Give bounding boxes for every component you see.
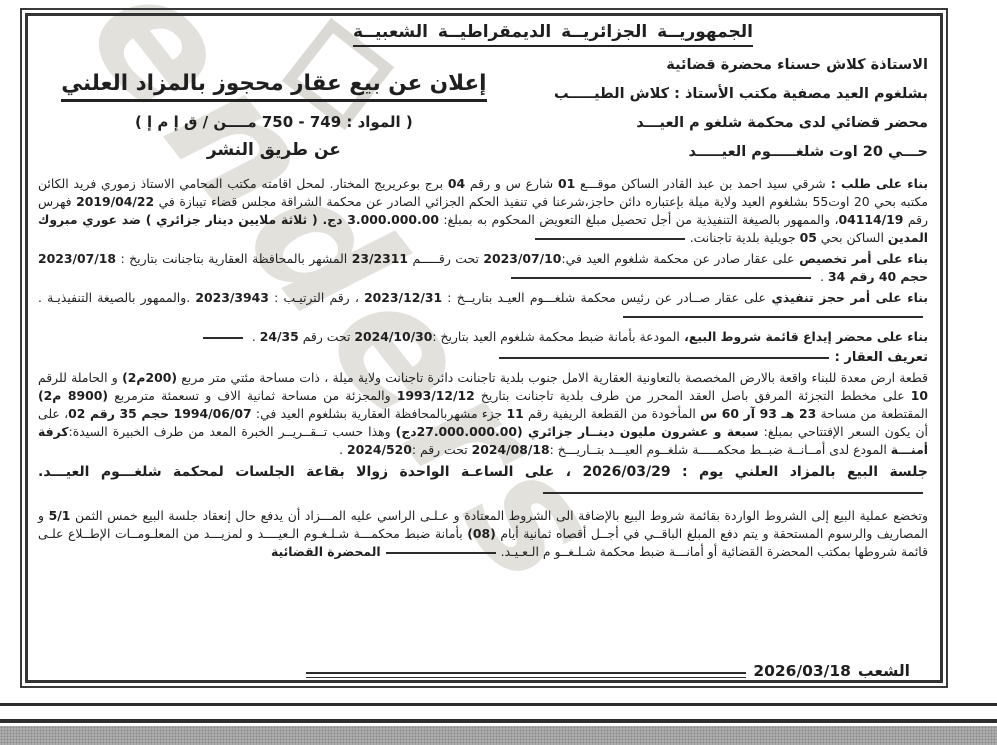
bottom-halftone-band: [0, 726, 997, 745]
sale-conditions: وتخضع عملية البيع إلى الشروط الواردة بقا…: [38, 507, 928, 561]
scanned-auction-notice-page: { "colors": { "ink": "#1f1f1f", "paper":…: [0, 0, 997, 745]
bailiff-signature: المحضرة القضائية: [271, 544, 381, 559]
header-columns: الاستاذة كلاش حسناء محضرة قضائية بشلغوم …: [38, 51, 928, 167]
paragraph-seizure-order: بناء على أمر حجز تنفيذي على عقار صــادر …: [38, 289, 928, 325]
announcement-title-block: إعلان عن بيع عقار محجوز بالمزاد العلني (…: [38, 51, 510, 167]
bailiff-line-4: حـــي 20 اوت شلغـــــوم العيـــــد: [510, 138, 928, 167]
footer-rule: [306, 672, 746, 678]
paragraph-request: بناء على طلب : شرقي سيد احمد بن عبد القا…: [38, 175, 928, 247]
property-definition-label: تعريف العقار :: [835, 349, 928, 367]
articles-reference: ( المواد : 749 - 750 مــــن / ق إ م إ ): [38, 113, 510, 131]
bailiff-line-1: الاستاذة كلاش حسناء محضرة قضائية: [510, 51, 928, 80]
heading-rule: [499, 357, 829, 359]
newspaper-date-row: الشعب 2026/03/18: [42, 662, 910, 680]
bailiff-line-3: محضر قضائي لدى محكمة شلغو م العيـــد: [510, 109, 928, 138]
bottom-separator-lines: [0, 703, 997, 723]
property-definition-heading: تعريف العقار :: [38, 349, 928, 367]
auction-session: جلسة البيع بالمزاد العلني يوم : 2026/03/…: [38, 462, 928, 504]
notice-body: بناء على طلب : شرقي سيد احمد بن عبد القا…: [38, 175, 928, 561]
paragraph-deposit-report: بناء على محضر إيداع قائمة شروط البيع، ال…: [38, 328, 928, 346]
document-frame-inner: الجمهوريــة الجزائريــة الديمقراطيــة ال…: [25, 13, 943, 683]
paragraph-allocation-order: بناء على أمر تخصيص على عقار صادر عن محكم…: [38, 250, 928, 286]
bailiff-line-2: بشلغوم العيد مصفية مكتب الأستاذ : كلاش ا…: [510, 80, 928, 109]
publication-method: عن طريق النشر: [38, 140, 510, 160]
sale-conditions-text: وتخضع عملية البيع إلى الشروط الواردة بقا…: [38, 508, 928, 559]
property-definition: قطعة ارض معدة للبناء واقعة بالارض المخصص…: [38, 369, 928, 459]
announcement-title: إعلان عن بيع عقار محجوز بالمزاد العلني: [61, 71, 486, 102]
republic-header: الجمهوريــة الجزائريــة الديمقراطيــة ال…: [353, 22, 753, 47]
publication-date: 2026/03/18: [753, 662, 851, 680]
newspaper-name: الشعب: [858, 662, 910, 680]
document-frame: الجمهوريــة الجزائريــة الديمقراطيــة ال…: [20, 8, 948, 688]
bailiff-info-block: الاستاذة كلاش حسناء محضرة قضائية بشلغوم …: [510, 51, 928, 167]
